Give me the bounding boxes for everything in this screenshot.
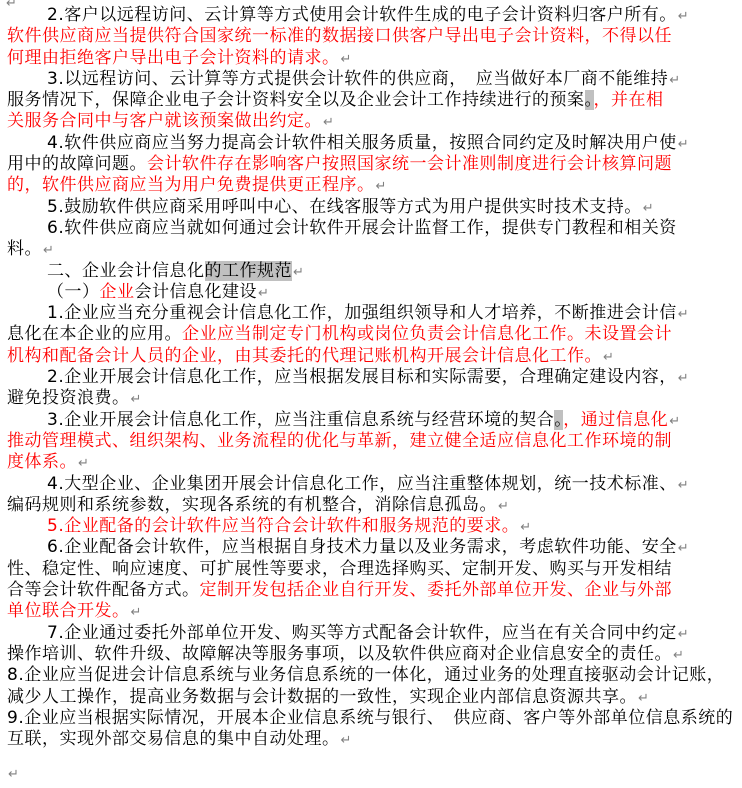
text-run: 避免投资浪费。 — [7, 388, 130, 408]
text-run: 7.企业通过委托外部单位开发、购买等方式配备会计软件，应当在有关合同中约定 — [47, 623, 677, 643]
text-run: 5.鼓励软件供应商采用呼叫中心、在线客服等方式为用户提供实时技术支持。 — [47, 197, 642, 217]
text-line: 5.鼓励软件供应商采用呼叫中心、在线客服等方式为用户提供实时技术支持。↵ — [7, 197, 740, 218]
text-line: 推动管理模式、组织架构、业务流程的优化与革新，建立健全适应信息化工作环境的制 — [7, 431, 740, 452]
paragraph-mark-icon: ↵ — [43, 243, 54, 258]
paragraph-mark-icon: ↵ — [673, 648, 684, 663]
inserted-text-run: 的，软件供应商应当为用户免费提供更正程序。 — [7, 175, 375, 195]
text-line: （一）企业会计信息化建设↵ — [7, 282, 740, 303]
text-run: 合等会计软件配备方式。 — [7, 580, 200, 600]
text-line: 息化在本企业的应用。企业应当制定专门机构或岗位负责会计信息化工作。未设置会计 — [7, 324, 740, 345]
text-run: 会计信息化建设 — [135, 282, 258, 302]
text-line: 操作培训、软件升级、故障解决等服务事项，以及软件供应商对企业信息安全的责任。↵ — [7, 644, 740, 665]
text-run: 性、稳定性、响应速度、可扩展性等要求，合理选择购买、定制开发、购买与开发相结 — [7, 559, 672, 579]
text-line: 编码规则和系统参数，实现各系统的有机整合，消除信息孤岛。↵ — [7, 495, 740, 516]
highlighted-text-run: 。 — [585, 90, 594, 110]
paragraph-mark-icon: ↵ — [8, 767, 19, 782]
text-run: 4.软件供应商应当努力提高会计软件相关服务质量，按照合同约定及时解决用户使 — [47, 133, 677, 153]
text-run: 6.企业配备会计软件，应当根据自身技术力量以及业务需求，考虑软件功能、安全 — [47, 537, 677, 557]
inserted-text-run: 何理由拒绝客户导出电子会计资料的请求。 — [7, 48, 340, 68]
paragraph-mark-icon: ↵ — [678, 478, 689, 493]
text-line: 互联，实现外部交易信息的集中自动处理。↵ — [7, 729, 740, 750]
text-line: 何理由拒绝客户导出电子会计资料的请求。↵ — [7, 48, 740, 69]
text-line: 4.软件供应商应当努力提高会计软件相关服务质量，按照合同约定及时解决用户使↵ — [7, 133, 740, 154]
text-run: 3.企业开展会计信息化工作，应当注重信息系统与经营环境的契合 — [47, 410, 554, 430]
paragraph-mark-icon: ↵ — [78, 456, 89, 471]
text-run: 互联，实现外部交易信息的集中自动处理。 — [7, 729, 340, 749]
paragraph-mark-icon: ↵ — [498, 499, 509, 514]
text-line: 服务情况下，保障企业电子会计资料安全以及企业会计工作持续进行的预案。，并在相 — [7, 90, 740, 111]
text-run: 编码规则和系统参数，实现各系统的有机整合，消除信息孤岛。 — [7, 495, 497, 515]
text-line: 4.大型企业、企业集团开展会计信息化工作，应当注重整体规划，统一技术标准、↵ — [7, 474, 740, 495]
paragraph-mark-icon: ↵ — [341, 52, 352, 67]
text-line: 机构和配备会计人员的企业，由其委托的代理记账机构开展会计信息化工作。↵ — [7, 346, 740, 367]
text-line: 度体系。↵ — [7, 452, 740, 473]
inserted-text-run: 会计软件存在影响客户按照国家统一会计准则制度进行会计核算问题 — [147, 154, 672, 174]
text-line: 5.企业配备的会计软件应当符合会计软件和服务规范的要求。↵ — [7, 516, 740, 537]
text-run: 1.企业应当充分重视会计信息化工作，加强组织领导和人才培养，不断推进会计信 — [47, 303, 677, 323]
text-line: 合等会计软件配备方式。定制开发包括企业自行开发、委托外部单位开发、企业与外部 — [7, 580, 740, 601]
highlighted-text-run: 的工作规范 — [205, 261, 293, 281]
inserted-text-run: 关服务合同中与客户就该预案做出约定。 — [7, 111, 322, 131]
text-run: 8.企业应当促进会计信息系统与业务信息系统的一体化，通过业务的处理直接驱动会计记… — [7, 665, 724, 685]
paragraph-mark-icon: ↵ — [669, 73, 680, 88]
text-line: 避免投资浪费。↵ — [7, 388, 740, 409]
text-run: 3.以远程访问、云计算等方式提供会计软件的供应商， 应当做好本厂商不能维持 — [47, 69, 668, 89]
text-line: ↵ — [7, 763, 740, 784]
text-run: 操作培训、软件升级、故障解决等服务事项，以及软件供应商对企业信息安全的责任。 — [7, 644, 672, 664]
paragraph-mark-icon: ↵ — [520, 520, 531, 535]
text-line: 减少人工操作，提高业务数据与会计数据的一致性，实现企业内部信息资源共享。↵ — [7, 687, 740, 708]
text-line: 性、稳定性、响应速度、可扩展性等要求，合理选择购买、定制开发、购买与开发相结 — [7, 559, 740, 580]
text-line: 的，软件供应商应当为用户免费提供更正程序。↵ — [7, 175, 740, 196]
paragraph-mark-icon: ↵ — [678, 541, 689, 556]
inserted-text-run: 5.企业配备的会计软件应当符合会计软件和服务规范的要求。 — [47, 516, 519, 536]
text-run: 2.客户以远程访问、云计算等方式使用会计软件生成的电子会计资料归客户所有。 — [47, 5, 677, 25]
paragraph-mark-icon: ↵ — [131, 605, 142, 620]
text-line: 3.企业开展会计信息化工作，应当注重信息系统与经营环境的契合。，通过信息化↵ — [7, 410, 740, 431]
text-run: 4.大型企业、企业集团开展会计信息化工作，应当注重整体规划，统一技术标准、 — [47, 474, 677, 494]
text-line: 3.以远程访问、云计算等方式提供会计软件的供应商， 应当做好本厂商不能维持↵ — [7, 69, 740, 90]
text-line: 料。↵ — [7, 239, 740, 260]
paragraph-mark-icon: ↵ — [341, 733, 352, 748]
text-line: 用中的故障问题。会计软件存在影响客户按照国家统一会计准则制度进行会计核算问题 — [7, 154, 740, 175]
text-line: 8.企业应当促进会计信息系统与业务信息系统的一体化，通过业务的处理直接驱动会计记… — [7, 665, 740, 686]
text-run: 息化在本企业的应用。 — [7, 324, 182, 344]
inserted-text-run: 企业应当制定专门机构或岗位负责会计信息化工作。未设置会计 — [182, 324, 672, 344]
inserted-text-run: 度体系。 — [7, 452, 77, 472]
text-line: 单位联合开发。↵ — [7, 601, 740, 622]
text-line: 2.客户以远程访问、云计算等方式使用会计软件生成的电子会计资料归客户所有。↵ — [7, 5, 740, 26]
inserted-text-run: ，并在相 — [594, 90, 664, 110]
document-page: ↵ 2.客户以远程访问、云计算等方式使用会计软件生成的电子会计资料归客户所有。↵… — [0, 0, 742, 788]
highlighted-text-run: 。 — [554, 410, 563, 430]
paragraph-mark-icon: ↵ — [258, 286, 269, 301]
text-run: 9.企业应当根据实际情况，开展本企业信息系统与银行、 供应商、客户等外部单位信息… — [7, 708, 733, 728]
text-line: 关服务合同中与客户就该预案做出约定。↵ — [7, 111, 740, 132]
paragraph-mark-icon: ↵ — [643, 201, 654, 216]
paragraph-mark-icon: ↵ — [638, 691, 649, 706]
text-line: 6.软件供应商应当就如何通过会计软件开展会计监督工作，提供专门教程和相关资 — [7, 218, 740, 239]
text-line: 二、企业会计信息化的工作规范↵ — [7, 261, 740, 282]
inserted-text-run: 单位联合开发。 — [7, 601, 130, 621]
paragraph-mark-icon: ↵ — [678, 307, 689, 322]
paragraph-mark-icon: ↵ — [678, 627, 689, 642]
inserted-text-run: ，通过信息化 — [563, 410, 668, 430]
text-line: 6.企业配备会计软件，应当根据自身技术力量以及业务需求，考虑软件功能、安全↵ — [7, 537, 740, 558]
paragraph-mark-icon: ↵ — [6, 0, 17, 10]
text-run: 服务情况下，保障企业电子会计资料安全以及企业会计工作持续进行的预案 — [7, 90, 585, 110]
text-run: （一） — [47, 282, 100, 302]
paragraph-mark-icon: ↵ — [376, 179, 387, 194]
text-run: 二、企业会计信息化 — [47, 261, 205, 281]
text-run: 料。 — [7, 239, 42, 259]
inserted-text-run: 推动管理模式、组织架构、业务流程的优化与革新，建立健全适应信息化工作环境的制 — [7, 431, 672, 451]
paragraph-mark-icon: ↵ — [293, 265, 304, 280]
text-run: 6.软件供应商应当就如何通过会计软件开展会计监督工作，提供专门教程和相关资 — [47, 218, 677, 238]
text-run: 用中的故障问题。 — [7, 154, 147, 174]
paragraph-mark-icon: ↵ — [678, 371, 689, 386]
text-line: 9.企业应当根据实际情况，开展本企业信息系统与银行、 供应商、客户等外部单位信息… — [7, 708, 740, 729]
paragraph-mark-icon: ↵ — [678, 9, 689, 24]
paragraph-mark-icon: ↵ — [678, 137, 689, 152]
paragraph-mark-icon: ↵ — [669, 414, 680, 429]
text-line: 软件供应商应当提供符合国家统一标准的数据接口供客户导出电子会计资料，不得以任 — [7, 26, 740, 47]
text-line: 2.企业开展会计信息化工作，应当根据发展目标和实际需要，合理确定建设内容，↵ — [7, 367, 740, 388]
inserted-text-run: 企业 — [100, 282, 135, 302]
text-line: 1.企业应当充分重视会计信息化工作，加强组织领导和人才培养，不断推进会计信↵ — [7, 303, 740, 324]
paragraph-mark-icon: ↵ — [323, 115, 334, 130]
text-run: 2.企业开展会计信息化工作，应当根据发展目标和实际需要，合理确定建设内容， — [47, 367, 677, 387]
paragraph-mark-icon: ↵ — [131, 392, 142, 407]
inserted-text-run: 软件供应商应当提供符合国家统一标准的数据接口供客户导出电子会计资料，不得以任 — [7, 26, 672, 46]
text-run: 减少人工操作，提高业务数据与会计数据的一致性，实现企业内部信息资源共享。 — [7, 687, 637, 707]
paragraph-mark-icon: ↵ — [603, 350, 614, 365]
inserted-text-run: 定制开发包括企业自行开发、委托外部单位开发、企业与外部 — [200, 580, 673, 600]
inserted-text-run: 机构和配备会计人员的企业，由其委托的代理记账机构开展会计信息化工作。 — [7, 346, 602, 366]
text-line: 7.企业通过委托外部单位开发、购买等方式配备会计软件，应当在有关合同中约定↵ — [7, 623, 740, 644]
